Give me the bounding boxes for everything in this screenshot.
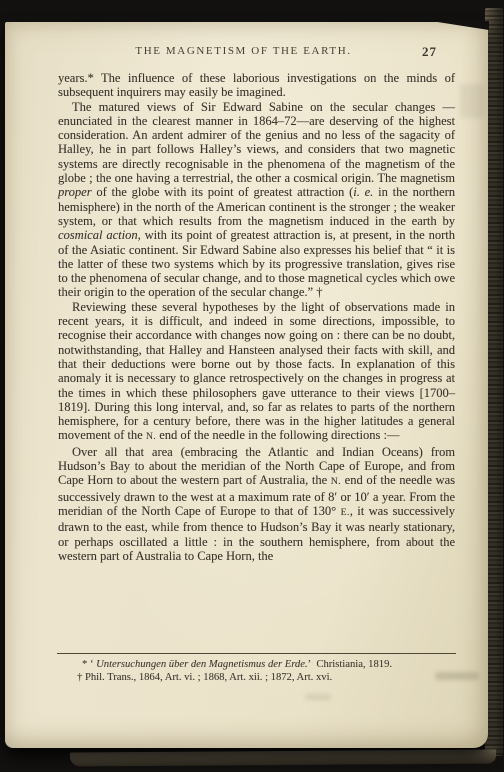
body-text: years.* The influence of these laborious… (58, 71, 455, 563)
body-paragraph: Reviewing these several hypotheses by th… (58, 300, 455, 445)
page-header: THE MAGNETISM OF THE EARTH. 27 (58, 45, 455, 59)
body-paragraph: years.* The influence of these laborious… (58, 71, 455, 100)
bleedthrough-artifact (435, 672, 479, 680)
book-scan: THE MAGNETISM OF THE EARTH. 27 years.* T… (0, 0, 504, 772)
page-corner-shadow (431, 21, 489, 30)
body-paragraph: The matured views of Sir Edward Sabine o… (58, 100, 455, 300)
body-paragraph: Over all that area (embracing the Atlant… (58, 445, 455, 563)
page-number: 27 (422, 44, 437, 60)
bleedthrough-artifact (460, 84, 484, 118)
book-page: THE MAGNETISM OF THE EARTH. 27 years.* T… (5, 22, 488, 748)
running-title: THE MAGNETISM OF THE EARTH. (45, 45, 442, 57)
footnote-rule (57, 653, 456, 654)
footnotes: * ‘ Untersuchungen über den Magnetismus … (58, 658, 455, 684)
book-bottom-edge (70, 750, 496, 767)
footnote: † Phil. Trans., 1864, Art. vi. ; 1868, A… (77, 671, 455, 684)
footnote: * ‘ Untersuchungen über den Magnetismus … (82, 658, 455, 671)
bleedthrough-artifact (305, 694, 331, 700)
